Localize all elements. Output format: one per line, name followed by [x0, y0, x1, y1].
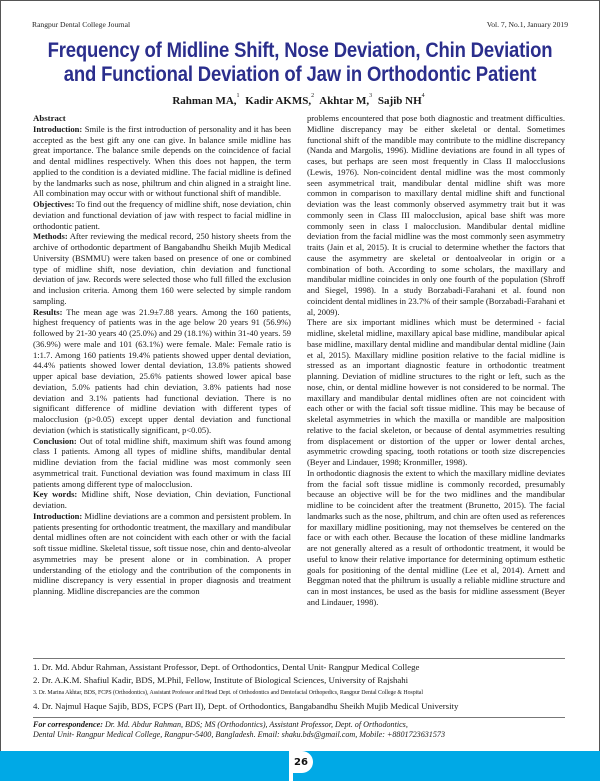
- section-label: Methods:: [33, 231, 68, 241]
- author-list: Rahman MA,1 Kadir AKMS,2 Akhtar M,3 Saji…: [0, 95, 600, 107]
- author-affiliation-mark: 3: [369, 93, 372, 99]
- section-text: After reviewing the medical record, 250 …: [33, 231, 291, 306]
- section-label: Objectives:: [33, 199, 74, 209]
- title-line-2: and Functional Deviation of Jaw in Ortho…: [42, 62, 558, 86]
- left-column: Abstract Introduction: Smile is the firs…: [33, 113, 291, 653]
- abstract-methods: Methods: After reviewing the medical rec…: [33, 231, 291, 306]
- author: Akhtar M,: [319, 95, 369, 107]
- introduction-diagnosis-paragraph: In orthodontic diagnosis the extent to w…: [307, 468, 565, 608]
- right-column: problems encountered that pose both diag…: [307, 113, 565, 653]
- body-columns: Abstract Introduction: Smile is the firs…: [33, 113, 565, 653]
- abstract-conclusion: Conclusion: Out of total midline shift, …: [33, 436, 291, 490]
- author: Rahman MA,: [172, 95, 236, 107]
- introduction-paragraph: Introduction: Midline deviations are a c…: [33, 511, 291, 597]
- affiliation-1: 1. Dr. Md. Abdur Rahman, Assistant Profe…: [33, 661, 573, 674]
- correspondence-block: For correspondence: Dr. Md. Abdur Rahman…: [33, 720, 573, 740]
- section-text: Midline deviations are a common and pers…: [33, 511, 291, 596]
- introduction-continued: problems encountered that pose both diag…: [307, 113, 565, 317]
- correspondence-divider: [33, 717, 565, 718]
- affiliations: 1. Dr. Md. Abdur Rahman, Assistant Profe…: [33, 661, 573, 713]
- correspondence-label: For correspondence:: [33, 720, 103, 729]
- abstract-keywords: Key words: Midline shift, Nose deviation…: [33, 489, 291, 511]
- author-affiliation-mark: 1: [237, 93, 240, 99]
- abstract-introduction: Introduction: Smile is the first introdu…: [33, 124, 291, 199]
- author-affiliation-mark: 4: [422, 93, 425, 99]
- journal-name: Rangpur Dental College Journal: [32, 20, 130, 29]
- affiliation-4: 4. Dr. Najmul Haque Sajib, BDS, FCPS (Pa…: [33, 700, 573, 713]
- section-label: Key words:: [33, 489, 77, 499]
- correspondence-line-1: Dr. Md. Abdur Rahman, BDS; MS (Orthodont…: [103, 720, 408, 729]
- author: Sajib NH: [378, 95, 422, 107]
- running-header: Rangpur Dental College Journal Vol. 7, N…: [32, 20, 568, 29]
- author-affiliation-mark: 2: [311, 93, 314, 99]
- author: Kadir AKMS,: [245, 95, 311, 107]
- page-number: 26: [289, 751, 313, 773]
- introduction-midlines-paragraph: There are six important midlines which m…: [307, 317, 565, 468]
- issue-info: Vol. 7, No.1, January 2019: [487, 20, 568, 29]
- correspondence-line-2: Dental Unit- Rangpur Medical College, Ra…: [33, 730, 573, 740]
- abstract-objectives: Objectives: To find out the frequency of…: [33, 199, 291, 231]
- title-line-1: Frequency of Midline Shift, Nose Deviati…: [42, 38, 558, 62]
- section-label: Results:: [33, 307, 62, 317]
- section-text: The mean age was 21.9±7.88 years. Among …: [33, 307, 291, 435]
- footnote-divider: [33, 658, 565, 659]
- section-text: Smile is the first introduction of perso…: [33, 124, 291, 199]
- article-title: Frequency of Midline Shift, Nose Deviati…: [42, 38, 558, 86]
- affiliation-2: 2. Dr. A.K.M. Shafiul Kadir, BDS, M.Phil…: [33, 674, 573, 687]
- abstract-heading: Abstract: [33, 113, 291, 124]
- affiliation-3: 3. Dr. Marina Akhtar, BDS, FCPS (Orthodo…: [33, 687, 573, 700]
- section-label: Introduction:: [33, 124, 82, 134]
- abstract-results: Results: The mean age was 21.9±7.88 year…: [33, 307, 291, 436]
- section-label: Conclusion:: [33, 436, 77, 446]
- section-label: Introduction:: [33, 511, 82, 521]
